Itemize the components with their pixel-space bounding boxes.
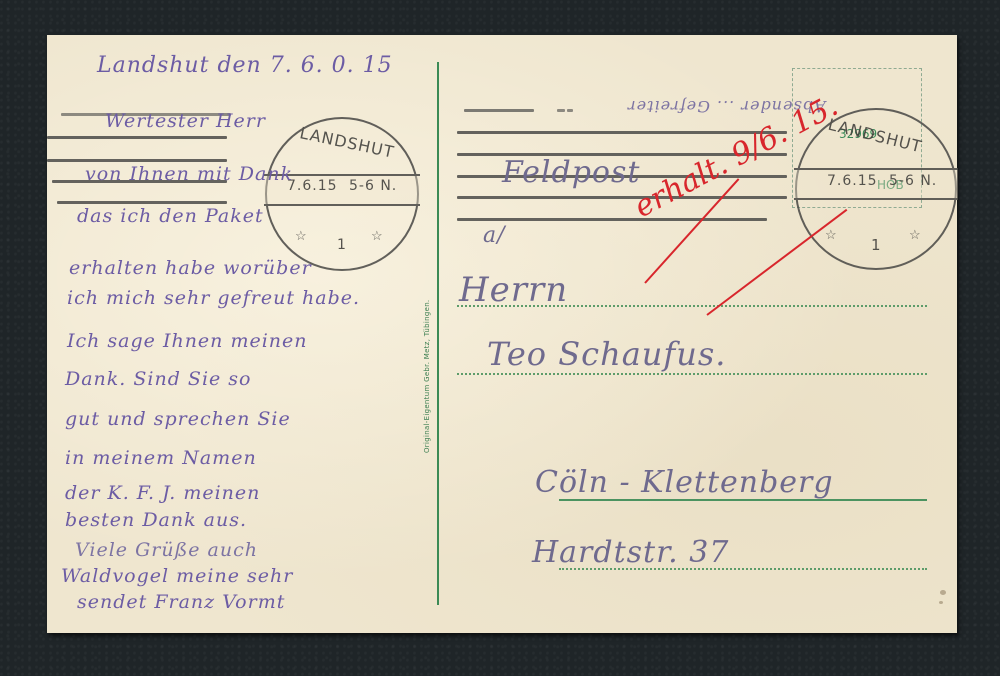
address-line — [559, 499, 927, 501]
message-line: in meinem Namen — [65, 447, 257, 469]
message-line: Viele Grüße auch — [75, 539, 258, 561]
postmark-number: 1 — [871, 236, 882, 254]
message-line: gut und sprechen Sie — [65, 408, 291, 430]
message-line: von Ihnen mit Dank — [85, 163, 293, 185]
salutation: Herrn — [459, 270, 568, 310]
postmark-number: 1 — [337, 237, 347, 253]
message-line: Dank. Sind Sie so — [65, 368, 252, 390]
address-line — [559, 568, 927, 570]
recipient-city: Cöln - Klettenberg — [535, 465, 834, 500]
postmark-time: 5-6 N. — [349, 178, 397, 194]
star-icon: ☆ — [295, 229, 307, 244]
publisher-imprint: Original-Eigentum Gebr. Metz, Tübingen. — [423, 300, 431, 453]
star-icon: ☆ — [371, 229, 383, 244]
postcard: LANDSHUT 7.6.15 5-6 N. 1 ☆ ☆ Landshut de… — [47, 35, 957, 633]
message-line: erhalten habe worüber — [69, 257, 312, 279]
message-line: Waldvogel meine sehr — [61, 565, 293, 587]
message-line: sendet Franz Vormt — [77, 591, 285, 613]
postmark-landshut-left: LANDSHUT 7.6.15 5-6 N. 1 ☆ ☆ — [265, 117, 419, 271]
star-icon: ☆ — [909, 228, 921, 243]
salutation-prefix: a/ — [483, 223, 506, 248]
postmark-time: 5-6 N. — [889, 173, 937, 189]
star-icon: ☆ — [825, 228, 837, 243]
recipient-street: Hardtstr. 37 — [532, 535, 729, 570]
address-line — [457, 305, 927, 307]
postmark-city: LANDSHUT — [826, 115, 924, 157]
message-line: Wertester Herr — [105, 110, 266, 132]
center-divider — [437, 62, 439, 605]
foxing-spot — [940, 590, 946, 595]
postmark-date: 7.6.15 — [827, 173, 878, 189]
red-stroke — [706, 209, 847, 316]
postmark-city: LANDSHUT — [298, 123, 396, 162]
message-line: der K. F. J. meinen — [65, 482, 260, 504]
recipient-name: Teo Schaufus. — [487, 335, 726, 373]
postmark-date: 7.6.15 — [287, 178, 338, 194]
address-line — [457, 373, 927, 375]
message-header: Landshut den 7. 6. 0. 15 — [97, 53, 393, 78]
message-line: das ich den Paket — [77, 205, 264, 227]
message-line: besten Dank aus. — [65, 509, 247, 531]
feldpost-label: Feldpost — [502, 155, 640, 190]
message-line: Ich sage Ihnen meinen — [67, 330, 308, 352]
message-line: ich mich sehr gefreut habe. — [67, 287, 360, 309]
foxing-spot — [939, 601, 943, 604]
